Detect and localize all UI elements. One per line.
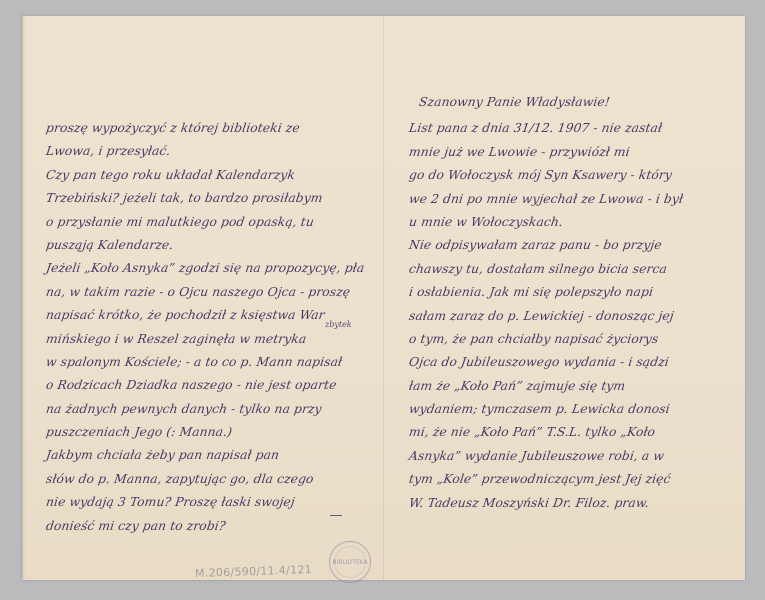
text-line: W. Tadeusz Moszyński Dr. Filoz. praw. — [407, 492, 740, 515]
text-line: donieść mi czy pan to zrobi? — [44, 515, 377, 538]
right-page-lines: Szanowny Panie Władysławie! List pana z … — [409, 91, 739, 515]
text-line: Jeżeli „Koło Asnyka” zgodzi się na propo… — [44, 257, 377, 280]
text-line: Trzebiński? jeżeli tak, to bardzo prosił… — [44, 187, 377, 210]
text-line: Jakbym chciała żeby pan napisał pan — [44, 444, 377, 467]
text-line: mi, że nie „Koło Pań” T.S.L. tylko „Koło — [407, 421, 740, 444]
text-line: o Rodzicach Dziadka naszego - nie jest o… — [44, 374, 377, 397]
interlinear-insert: zbytek — [325, 320, 352, 329]
text-line: pusząją Kalendarze. — [44, 234, 377, 257]
text-line: go do Wołoczysk mój Syn Ksawery - który — [407, 164, 740, 187]
text-line: mnie już we Lwowie - przywiózł mi — [407, 141, 740, 164]
text-line: Asnyka” wydanie Jubileuszowe robi, a w — [407, 445, 740, 468]
stamp-inner-ring: BIBLIOTEKA — [334, 546, 366, 578]
text-line: łam że „Koło Pań” zajmuje się tym — [407, 375, 740, 398]
text-line: puszczeniach Jego (: Manna.) — [44, 421, 377, 444]
text-line: na żadnych pewnych danych - tylko na prz… — [44, 398, 377, 421]
text-line: u mnie w Wołoczyskach. — [407, 211, 740, 234]
text-line: o przysłanie mi malutkiego pod opaską, t… — [44, 211, 377, 234]
text-line: na, w takim razie - o Ojcu naszego Ojca … — [44, 281, 377, 304]
library-stamp: BIBLIOTEKA — [329, 541, 371, 583]
text-line: Czy pan tego roku układał Kalendarzyk — [44, 164, 377, 187]
archive-reference: M.206/590/11.4/121 — [195, 563, 312, 580]
text-line: we 2 dni po mnie wyjechał ze Lwowa - i b… — [407, 188, 740, 211]
text-line: sałam zaraz do p. Lewickiej - donosząc j… — [407, 305, 740, 328]
salutation: Szanowny Panie Władysławie! — [407, 91, 740, 114]
text-line: i osłabienia. Jak mi się polepszyło napi — [407, 281, 740, 304]
text-line: Lwowa, i przesyłać. — [44, 140, 377, 163]
text-line: słów do p. Manna, zapytując go, dla czeg… — [44, 468, 377, 491]
text-line: w spalonym Kościele; - a to co p. Mann n… — [44, 351, 377, 374]
right-page: Szanowny Panie Władysławie! List pana z … — [385, 16, 745, 580]
left-page: proszę wypożyczyć z której biblioteki ze… — [22, 16, 383, 580]
letter-sheet: proszę wypożyczyć z której biblioteki ze… — [22, 16, 745, 580]
text-line: chawszy tu, dostałam silnego bicia serca — [407, 258, 740, 281]
stamp-text: BIBLIOTEKA — [332, 559, 367, 566]
text-line: proszę wypożyczyć z której biblioteki ze — [44, 117, 377, 140]
text-line: nie wydają 3 Tomu? Proszę łaski swojej — [44, 491, 377, 514]
text-line: Nie odpisywałam zaraz panu - bo przyje — [407, 234, 740, 257]
text-line: List pana z dnia 31/12. 1907 - nie zasta… — [407, 117, 740, 140]
text-line: wydaniem; tymczasem p. Lewicka donosi — [407, 398, 740, 421]
text-line: tym „Kole” przewodniczącym jest Jej zięć — [407, 468, 740, 491]
text-line: mińskiego i w Reszel zaginęła w metryka — [44, 328, 377, 351]
text-line: Ojca do Jubileuszowego wydania - i sądzi — [407, 351, 740, 374]
dash-mark — [330, 515, 342, 516]
text-line: o tym, że pan chciałby napisać życiorys — [407, 328, 740, 351]
